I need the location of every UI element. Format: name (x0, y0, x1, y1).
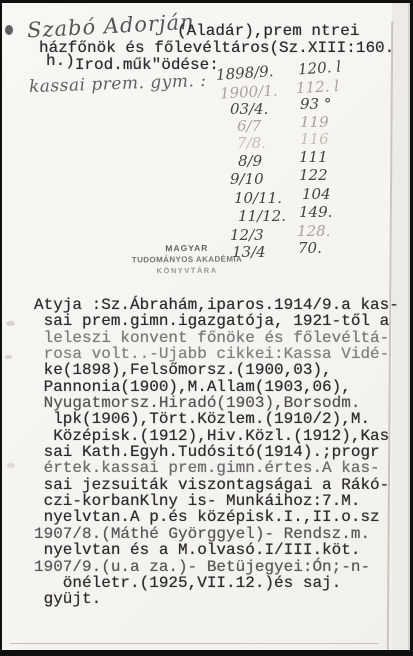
ledger-value: 119 (300, 113, 329, 131)
handwritten-name: Szabó Adorján (26, 10, 195, 43)
body-line: értek.kassai prem.gimn.értes.A kas- (34, 460, 399, 476)
body-line: nyelvtan.A p.és középisk.I.,II.o.sz (34, 509, 399, 525)
ink-smudge (7, 463, 15, 468)
ledger-value: 93 ° (300, 95, 331, 113)
body-line: czi-korbanKlny is- Munkáihoz:7.M. (34, 493, 399, 509)
body-line: rosa volt..-Ujabb cikkei:Kassa Vidé- (34, 346, 399, 362)
ledger-label: kassai prem. gym. : (29, 71, 207, 97)
typed-header-line3-prefix: h.) (46, 52, 75, 70)
ledger-value: 70. (298, 239, 322, 257)
ink-smudge (5, 25, 13, 35)
ledger-value: 122 (299, 166, 328, 184)
body-line: ke(1898),Felsőmorsz.(1900,03), (34, 362, 399, 378)
ledger-value: 116 (300, 130, 329, 148)
ink-smudge (5, 355, 12, 359)
body-line: Atyja :Sz.Ábrahám,iparos.1914/9.a kas- (34, 297, 399, 313)
card-paper: Szabó Adorján (Aladár),prem ntrei házfőn… (2, 3, 408, 650)
ledger-year: 03/4. (230, 100, 268, 118)
stamp-line: TUDOMÁNYOS AKADÉMIA (128, 254, 246, 264)
typed-header-line2: házfőnök és főlevéltáros(Sz.XIII:160. (39, 40, 394, 56)
ledger-value: 104 (302, 185, 331, 203)
ledger-year: 6/7 (237, 117, 261, 135)
ledger-year: 1898/9. (215, 62, 274, 84)
ledger-year: 9/10 (230, 170, 264, 188)
body-line: sai jezsuiták viszontagságai a Rákó- (34, 477, 399, 493)
ink-smudge (6, 321, 15, 326)
body-line: leleszi konvent főnöke és főlevéltá- (34, 330, 399, 346)
body-line: sai Kath.Egyh.Tudósitó(1914).;progr (34, 444, 399, 460)
body-line: 1907/9.(u.a za.)- Betüjegyei:Ón;-n- (34, 559, 399, 575)
stamp-line: KÖNYVTÁRA (128, 265, 246, 275)
ledger-value: 149. (299, 203, 332, 221)
card-bottom-edge (10, 643, 378, 644)
body-line: önéletr.(1925,VII.12.)és saj. (34, 575, 399, 591)
ledger-year: 10/11. (234, 189, 282, 207)
body-line: 1907/8.(Máthé Györggyel)- Rendsz.m. (34, 526, 399, 542)
body-line: Középisk.(1912),Hiv.Közl.(1912),Kas (34, 428, 399, 444)
body-line: Pannonia(1900),M.Allam(1903,06), (34, 379, 399, 395)
typed-header-line1: (Aladár),prem ntrei (177, 23, 359, 39)
ledger-value: 128. (297, 222, 330, 240)
ledger-year: 11/12. (238, 207, 286, 225)
library-stamp: MAGYAR TUDOMÁNYOS AKADÉMIA KÖNYVTÁRA (128, 242, 246, 275)
body-line: sai prem.gimn.igazgatója, 1921-től a (34, 313, 399, 329)
ledger-year: 7/8. (237, 134, 266, 152)
stamp-line: MAGYAR (128, 242, 246, 253)
ledger-value: 111 (299, 148, 328, 166)
scanned-archive-card: Szabó Adorján (Aladár),prem ntrei házfőn… (0, 0, 413, 656)
body-line: lpk(1906),Tört.Közlem.(1910/2),M. (34, 411, 399, 427)
body-line: nyelvtan és a M.olvasó.I/III.köt. (34, 542, 399, 558)
typed-body-paragraph: Atyja :Sz.Ábrahám,iparos.1914/9.a kas- s… (34, 297, 399, 608)
ledger-year: 12/3 (230, 226, 264, 244)
body-line: Nyugatmorsz.Hiradó(1903),Borsodm. (34, 395, 399, 411)
body-line: gyüjt. (34, 591, 399, 607)
ledger-year: 8/9 (238, 152, 262, 170)
ledger-value: 120. l (297, 58, 341, 79)
